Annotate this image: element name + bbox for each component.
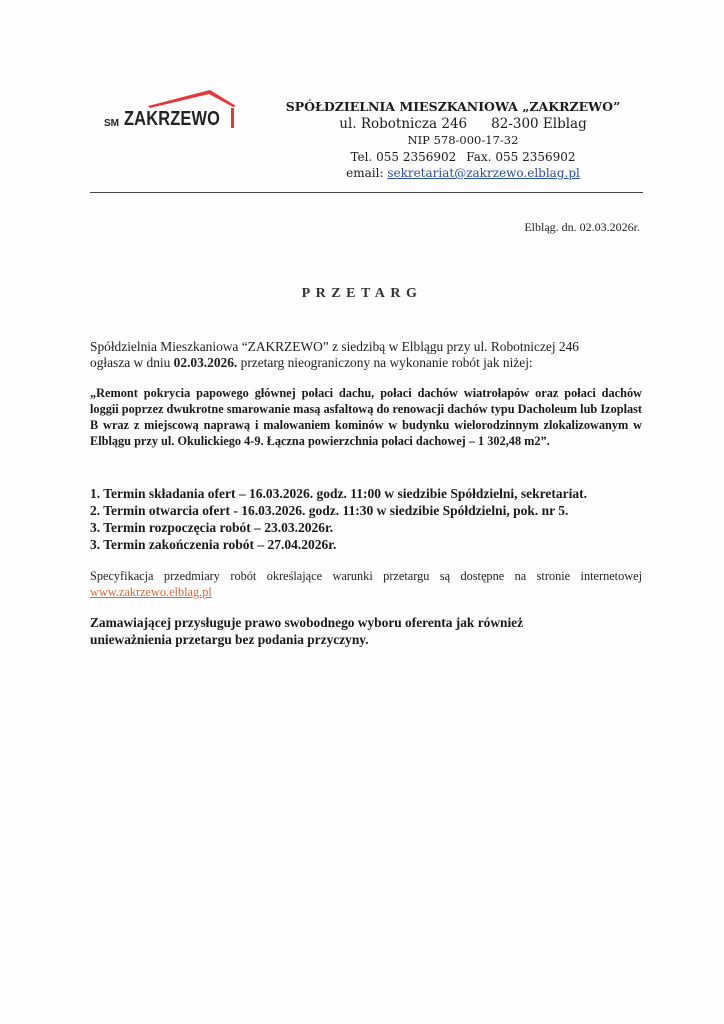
address-line: ul. Robotnicza 24682-300 Elblag	[276, 116, 650, 133]
intro-line-2: ogłasza w dniu 02.03.2026. przetarg nieo…	[90, 355, 650, 371]
logo-name: ZAKRZEWO	[124, 108, 220, 131]
document-date: Elbląg. dn. 02.03.2026r.	[524, 220, 640, 235]
street: ul. Robotnicza 246	[339, 116, 467, 132]
deadline-item: 2. Termin otwarcia ofert - 16.03.2026. g…	[90, 502, 650, 519]
scope-of-work: „Remont pokrycia papowego głównej połaci…	[90, 385, 642, 449]
intro-paragraph: Spółdzielnia Mieszkaniowa “ZAKRZEWO” z s…	[90, 339, 650, 371]
telephone: Tel. 055 2356902	[350, 150, 456, 164]
phone-line: Tel. 055 2356902Fax. 055 2356902	[276, 149, 650, 166]
company-logo: SM ZAKRZEWO	[88, 86, 238, 136]
specification-text: Specyfikacja przedmiary robót określając…	[90, 568, 642, 584]
letterhead: SPÓŁDZIELNIA MIESZKANIOWA „ZAKRZEWO” ul.…	[270, 99, 650, 182]
intro-line-1: Spółdzielnia Mieszkaniowa “ZAKRZEWO” z s…	[90, 339, 650, 355]
deadline-item: 3. Termin rozpoczęcia robót – 23.03.2026…	[90, 519, 650, 536]
header-divider	[90, 192, 643, 193]
postal-city: 82-300 Elblag	[491, 116, 587, 132]
nip: NIP 578-000-17-32	[276, 132, 650, 149]
organization-name: SPÓŁDZIELNIA MIESZKANIOWA „ZAKRZEWO”	[256, 99, 650, 116]
deadline-item: 3. Termin zakończenia robót – 27.04.2026…	[90, 536, 650, 553]
fax: Fax. 055 2356902	[466, 150, 575, 164]
announcement-date: 02.03.2026.	[174, 355, 238, 370]
deadline-item: 1. Termin składania ofert – 16.03.2026. …	[90, 485, 650, 502]
email-label: email:	[346, 166, 387, 180]
deadlines-list: 1. Termin składania ofert – 16.03.2026. …	[90, 485, 650, 553]
logo-prefix: SM	[104, 118, 119, 129]
email-link[interactable]: sekretariat@zakrzewo.elblag.pl	[387, 166, 580, 180]
reservation-notice: Zamawiającej przysługuje prawo swobodneg…	[90, 614, 570, 648]
document-title: PRZETARG	[0, 286, 724, 302]
document-page: SM ZAKRZEWO SPÓŁDZIELNIA MIESZKANIOWA „Z…	[0, 0, 724, 1024]
website-link[interactable]: www.zakrzewo.elblag.pl	[90, 584, 212, 600]
email-line: email: sekretariat@zakrzewo.elblag.pl	[276, 165, 650, 182]
